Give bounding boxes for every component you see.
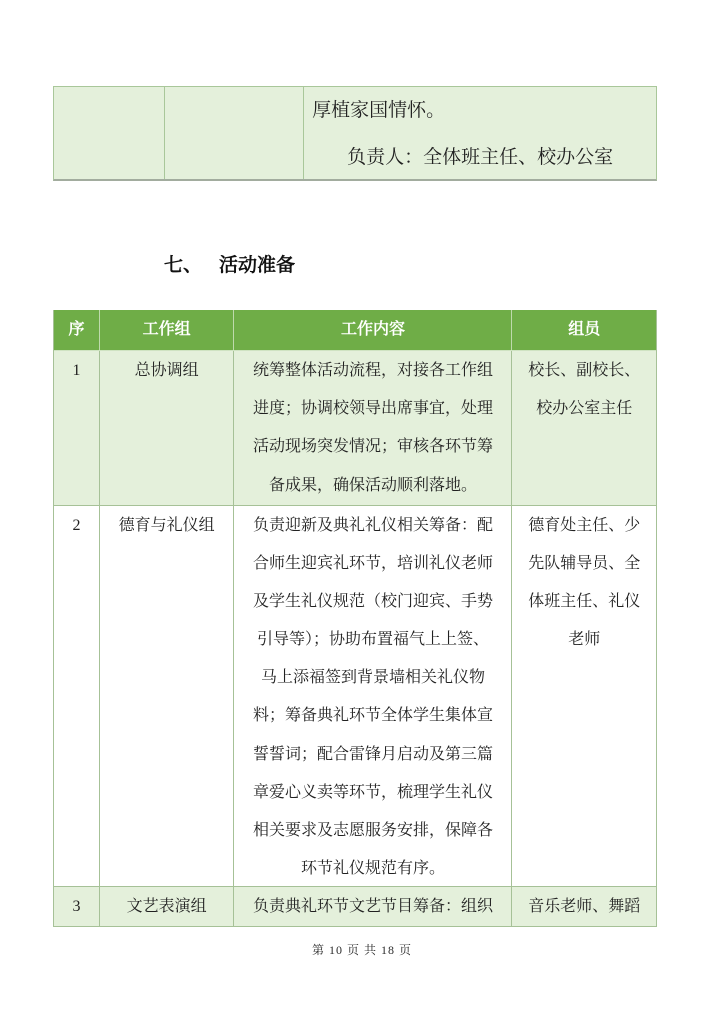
- section-heading-number: 七、: [164, 255, 202, 276]
- carryover-cell-empty-2: [164, 87, 304, 179]
- table-header-row: 序号 工作组 工作内容 组员: [54, 310, 656, 350]
- row1-cell-no: 1: [54, 351, 99, 505]
- row1-cell-group: 总协调组: [99, 351, 234, 505]
- section-heading-title: 活动准备: [219, 255, 295, 276]
- carryover-text-bottom: 负责人：全体班主任、校办公室: [310, 142, 650, 169]
- row3-cell-content: 负责典礼环节文艺节目筹备：组织: [233, 887, 511, 926]
- row2-cell-members: 德育处主任、少 先队辅导员、全 体班主任、礼仪 老师: [511, 506, 656, 886]
- carryover-text-top: 厚植家国情怀。: [310, 95, 650, 122]
- header-cell-content: 工作内容: [233, 310, 511, 350]
- document-page: 厚植家国情怀。 负责人：全体班主任、校办公室 七、活动准备 序号 工作组 工作内…: [0, 0, 724, 1024]
- row3-cell-members: 音乐老师、舞蹈: [511, 887, 656, 926]
- carryover-cell-empty-1: [54, 87, 164, 179]
- row1-cell-content: 统筹整体活动流程，对接各工作组 进度；协调校领导出席事宜，处理 活动现场突发情况…: [233, 351, 511, 505]
- row1-cell-members: 校长、副校长、 校办公室主任: [511, 351, 656, 505]
- row3-cell-group: 文艺表演组: [99, 887, 234, 926]
- header-cell-group: 工作组: [99, 310, 234, 350]
- carryover-cell-content: 厚植家国情怀。 负责人：全体班主任、校办公室: [303, 87, 656, 179]
- row2-cell-no: 2: [54, 506, 99, 886]
- carryover-table: 厚植家国情怀。 负责人：全体班主任、校办公室: [53, 86, 657, 181]
- table-row: 1 总协调组 统筹整体活动流程，对接各工作组 进度；协调校领导出席事宜，处理 活…: [54, 350, 656, 505]
- preparation-table: 序号 工作组 工作内容 组员 1 总协调组 统筹整体活动流程，对接各工作组 进度…: [53, 310, 657, 927]
- row2-cell-content: 负责迎新及典礼礼仪相关筹备：配 合师生迎宾礼环节，培训礼仪老师 及学生礼仪规范（…: [233, 506, 511, 886]
- page-number: 第 10 页 共 18 页: [0, 941, 724, 958]
- row2-cell-group: 德育与礼仪组: [99, 506, 234, 886]
- section-heading: 七、活动准备: [164, 250, 295, 277]
- header-cell-members: 组员: [511, 310, 656, 350]
- table-row: 2 德育与礼仪组 负责迎新及典礼礼仪相关筹备：配 合师生迎宾礼环节，培训礼仪老师…: [54, 505, 656, 886]
- table-row: 3 文艺表演组 负责典礼环节文艺节目筹备：组织 音乐老师、舞蹈: [54, 886, 656, 926]
- row3-cell-no: 3: [54, 887, 99, 926]
- header-cell-no: 序号: [54, 310, 99, 350]
